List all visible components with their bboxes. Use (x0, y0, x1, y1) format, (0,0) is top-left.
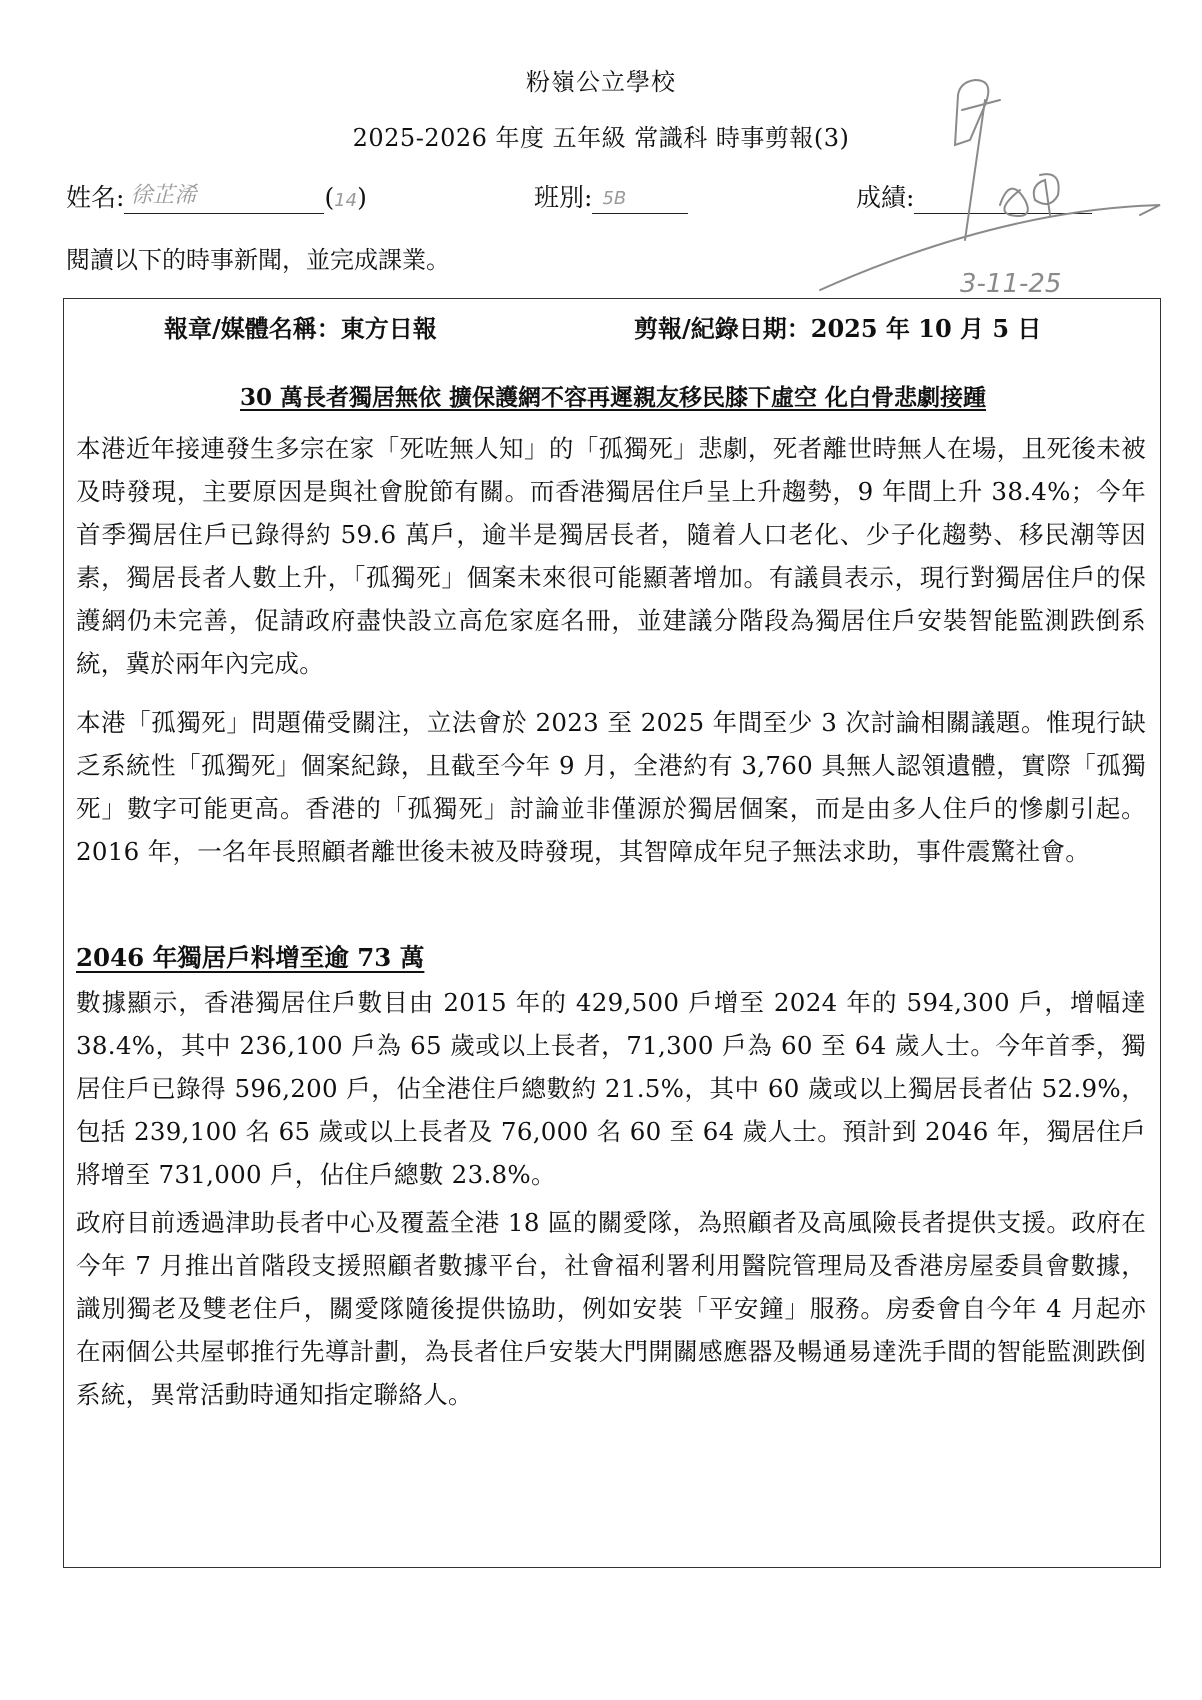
clipping-date: 剪報/紀錄日期：2025 年 10 月 5 日 (634, 309, 1041, 344)
class-field[interactable]: 班別:5B (534, 178, 688, 214)
section-heading: 2046 年獨居戶料增至逾 73 萬 (76, 939, 424, 974)
name-handwriting: 徐芷浠 (130, 178, 196, 209)
class-number-handwriting: 14 (334, 190, 357, 211)
class-line: 5B (592, 187, 688, 214)
grade-line (914, 187, 1092, 214)
name-field[interactable]: 姓名:徐芷浠(14) (66, 178, 367, 214)
section-paragraph-2: 政府目前透過津助長者中心及覆蓋全港 18 區的關愛隊，為照顧者及高風險長者提供支… (76, 1201, 1146, 1416)
class-number-paren-open: ( (324, 183, 334, 212)
section-paragraph-1: 數據顯示，香港獨居住戶數目由 2015 年的 429,500 戶增至 2024 … (76, 981, 1146, 1196)
worksheet-title: 2025-2026 年度 五年級 常識科 時事剪報(3) (0, 118, 1202, 153)
school-name: 粉嶺公立學校 (0, 62, 1202, 97)
media-name: 報章/媒體名稱：東方日報 (164, 309, 437, 344)
class-label: 班別: (534, 183, 592, 212)
student-info-row: 姓名:徐芷浠(14) 班別:5B 成績: (66, 178, 1166, 218)
class-number-paren-close: ) (357, 183, 367, 212)
svg-text:3-11-25: 3-11-25 (960, 269, 1061, 299)
news-clipping-box: 報章/媒體名稱：東方日報 剪報/紀錄日期：2025 年 10 月 5 日 30 … (63, 298, 1161, 1568)
class-handwriting: 5B (602, 188, 626, 209)
name-label: 姓名: (66, 183, 124, 212)
name-line: 徐芷浠 (124, 187, 324, 214)
paragraph-2: 本港「孤獨死」問題備受關注，立法會於 2023 至 2025 年間至少 3 次討… (76, 701, 1146, 873)
grade-field[interactable]: 成績: (856, 178, 1092, 214)
news-headline: 30 萬長者獨居無依 擴保護網不容再遲親友移民膝下虛空 化白骨悲劇接踵 (64, 379, 1162, 412)
paragraph-1: 本港近年接連發生多宗在家「死咗無人知」的「孤獨死」悲劇，死者離世時無人在場，且死… (76, 427, 1146, 685)
instruction-text: 閱讀以下的時事新聞，並完成課業。 (66, 240, 450, 275)
grade-label: 成績: (856, 183, 914, 212)
